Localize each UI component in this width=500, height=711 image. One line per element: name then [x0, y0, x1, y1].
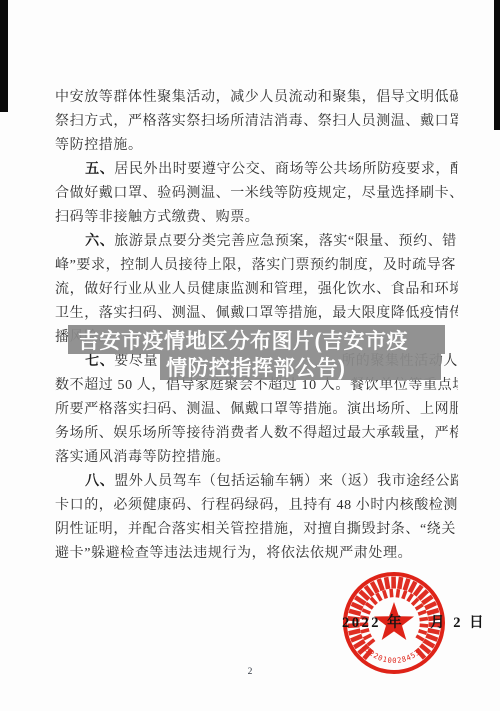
- document-line: 六、旅游景点要分类完善应急预案，落实“限量、预约、错: [55, 230, 458, 254]
- document-line: 卡口的，必须健康码、行程码绿码，且持有 48 小时内核酸检测: [55, 494, 458, 518]
- paragraph-text: 居民外出时要遵守公交、商场等公共场所防疫要求，配: [114, 162, 458, 177]
- document-line: 八、盟外人员驾车（包括运输车辆）来（返）我市途经公路: [55, 470, 458, 494]
- overlay-title-line-1: 吉安市疫情地区分布图片(吉安市疫: [68, 325, 445, 354]
- scanned-document-page: 中安放等群体性聚集活动，减少人员流动和聚集，倡导文明低碳 祭扫方式，严格落实祭扫…: [0, 0, 500, 711]
- document-line: 落实通风消毒等防控措施。: [55, 446, 458, 470]
- document-line: 阴性证明，并配合落实相关管控措施，对擅自撕毁封条、“绕关: [55, 518, 458, 542]
- document-line: 等防控措施。: [55, 134, 458, 158]
- document-line: 务场所、娱乐场所等接待消费者人数不得超过最大承载量，严格: [55, 422, 458, 446]
- publish-date-year: 2022 年: [342, 611, 404, 632]
- document-line: 流，做好行业从业人员健康监测和管理，强化饮水、食品和环境: [55, 278, 458, 302]
- document-line: 中安放等群体性聚集活动，减少人员流动和聚集，倡导文明低碳: [55, 86, 458, 110]
- paragraph-number: 五、: [85, 162, 114, 177]
- publish-date-day: 月 2 日: [430, 611, 486, 632]
- paragraph-text: 旅游景点要分类完善应急预案，落实“限量、预约、错: [114, 234, 457, 249]
- paragraph-number: 八、: [85, 474, 114, 489]
- document-line: 扫码等非接触方式缴费、购票。: [55, 206, 458, 230]
- paragraph-number: 七、: [85, 354, 114, 369]
- document-line: 所要严格落实扫码、测温、佩戴口罩等措施。演出场所、上网服: [55, 398, 458, 422]
- document-line: 避卡”躲避检查等违法违规行为，将依法依规严肃处理。: [55, 542, 458, 566]
- document-line: 卫生，落实扫码、测温、佩戴口罩等措施，最大限度降低疫情传: [55, 302, 458, 326]
- paragraph-number: 六、: [85, 234, 114, 249]
- paragraph-text: 要尽量: [114, 354, 158, 369]
- document-line: 合做好戴口罩、验码测温、一米线等防疫规定，尽量选择刷卡、: [55, 182, 458, 206]
- seal-code: 1522010028453: [360, 642, 422, 665]
- paragraph-text: 盟外人员驾车（包括运输车辆）来（返）我市途经公路: [114, 474, 458, 489]
- document-line: 峰”要求，控制人员接待上限，落实门票预约制度，及时疏导客: [55, 254, 458, 278]
- document-line: 五、居民外出时要遵守公交、商场等公共场所防疫要求，配: [55, 158, 458, 182]
- document-line: 祭扫方式，严格落实祭扫场所清洁消毒、祭扫人员测温、戴口罩: [55, 110, 458, 134]
- scan-edge-left: [0, 0, 8, 112]
- overlay-title-line-2: 情防控指挥部公告): [160, 354, 441, 380]
- scan-edge-right: [494, 0, 500, 130]
- publish-date: 2022 年 月 2 日: [342, 611, 486, 632]
